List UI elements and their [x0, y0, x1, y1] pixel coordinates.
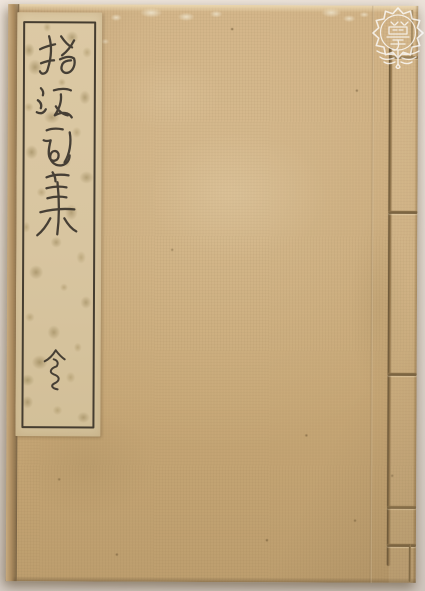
binding-stitch — [387, 506, 416, 509]
binding-corner-stitch — [387, 544, 416, 547]
binding-corner-thread-bottom — [409, 544, 411, 582]
watermark-characters-text: 大學 — [0, 0, 1, 1]
library-watermark-emblem-icon — [372, 1, 424, 69]
binding-stitch — [388, 373, 417, 376]
title-slip: 拾源詠集 全 — [15, 12, 102, 436]
photo-background: 拾源詠集 全 大學 — [0, 0, 425, 591]
binding-margin-strip — [389, 6, 416, 583]
title-calligraphy — [15, 12, 102, 436]
book-cover: 拾源詠集 全 — [6, 4, 419, 583]
binding-stitch — [388, 211, 417, 214]
book-bottom-edge — [6, 576, 416, 583]
binding-crease-line — [370, 6, 375, 583]
